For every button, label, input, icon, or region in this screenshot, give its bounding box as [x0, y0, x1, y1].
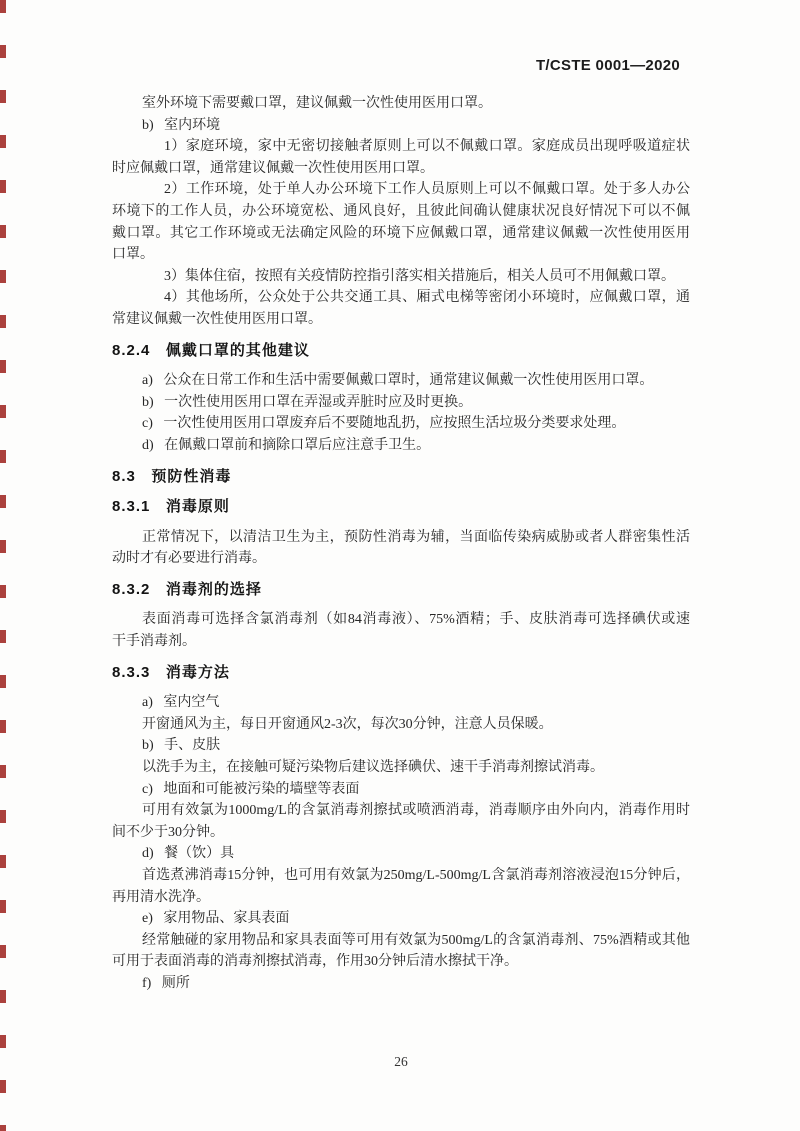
left-edge-scan-marks: [0, 0, 6, 1131]
text-line: 表面消毒可选择含氯消毒剂（如84消毒液）、75%酒精；手、皮肤消毒可选择碘伏或速: [112, 609, 690, 631]
text-line: b) 室内环境: [112, 115, 690, 137]
page-number: 26: [112, 1054, 690, 1070]
text-line: b) 手、皮肤: [112, 735, 690, 757]
text-line: c) 一次性使用医用口罩废弃后不要随地乱扔，应按照生活垃圾分类要求处理。: [112, 413, 690, 435]
text-line: b) 一次性使用医用口罩在弄湿或弄脏时应及时更换。: [112, 392, 690, 414]
text-line: 常建议佩戴一次性使用医用口罩。: [112, 309, 690, 331]
text-line: 再用清水洗净。: [112, 887, 690, 909]
text-line: d) 餐（饮）具: [112, 843, 690, 865]
section-heading: 8.3 预防性消毒: [112, 466, 690, 488]
text-line: a) 公众在日常工作和生活中需要佩戴口罩时，通常建议佩戴一次性使用医用口罩。: [112, 370, 690, 392]
text-line: c) 地面和可能被污染的墙壁等表面: [112, 779, 690, 801]
text-line: 干手消毒剂。: [112, 631, 690, 653]
text-line: 经常触碰的家用物品和家具表面等可用有效氯为500mg/L的含氯消毒剂、75%酒精…: [112, 930, 690, 952]
text-line: 4）其他场所，公众处于公共交通工具、厢式电梯等密闭小环境时，应佩戴口罩，通: [112, 287, 690, 309]
text-line: 时应佩戴口罩，通常建议佩戴一次性使用医用口罩。: [112, 158, 690, 180]
text-line: e) 家用物品、家具表面: [112, 908, 690, 930]
text-line: d) 在佩戴口罩前和摘除口罩后应注意手卫生。: [112, 435, 690, 457]
section-heading: 8.3.1 消毒原则: [112, 496, 690, 518]
section-heading: 8.2.4 佩戴口罩的其他建议: [112, 340, 690, 362]
text-line: 环境下的工作人员，办公环境宽松、通风良好，且彼此间确认健康状况良好情况下可以不佩: [112, 201, 690, 223]
text-line: 戴口罩。其它工作环境或无法确定风险的环境下应佩戴口罩，通常建议佩戴一次性使用医用: [112, 223, 690, 245]
text-line: 动时才有必要进行消毒。: [112, 548, 690, 570]
document-body: 室外环境下需要戴口罩，建议佩戴一次性使用医用口罩。b) 室内环境1）家庭环境，家…: [112, 0, 690, 995]
text-line: 间不少于30分钟。: [112, 822, 690, 844]
text-line: 可用于表面消毒的消毒剂擦拭消毒，作用30分钟后清水擦拭干净。: [112, 951, 690, 973]
section-heading: 8.3.2 消毒剂的选择: [112, 579, 690, 601]
document-page: T/CSTE 0001—2020 室外环境下需要戴口罩，建议佩戴一次性使用医用口…: [0, 0, 800, 1131]
text-line: f) 厕所: [112, 973, 690, 995]
text-line: 3）集体住宿，按照有关疫情防控指引落实相关措施后，相关人员可不用佩戴口罩。: [112, 266, 690, 288]
text-line: 以洗手为主，在接触可疑污染物后建议选择碘伏、速干手消毒剂擦试消毒。: [112, 757, 690, 779]
text-line: 可用有效氯为1000mg/L的含氯消毒剂擦拭或喷洒消毒，消毒顺序由外向内，消毒作…: [112, 800, 690, 822]
text-line: 室外环境下需要戴口罩，建议佩戴一次性使用医用口罩。: [112, 93, 690, 115]
section-heading: 8.3.3 消毒方法: [112, 662, 690, 684]
text-line: 口罩。: [112, 244, 690, 266]
text-line: 2）工作环境，处于单人办公环境下工作人员原则上可以不佩戴口罩。处于多人办公: [112, 179, 690, 201]
text-line: a) 室内空气: [112, 692, 690, 714]
text-line: 开窗通风为主，每日开窗通风2-3次，每次30分钟，注意人员保暖。: [112, 714, 690, 736]
text-line: 首选煮沸消毒15分钟，也可用有效氯为250mg/L-500mg/L含氯消毒剂溶液…: [112, 865, 690, 887]
text-line: 正常情况下，以清洁卫生为主，预防性消毒为辅，当面临传染病威胁或者人群密集性活: [112, 527, 690, 549]
text-line: 1）家庭环境，家中无密切接触者原则上可以不佩戴口罩。家庭成员出现呼吸道症状: [112, 136, 690, 158]
